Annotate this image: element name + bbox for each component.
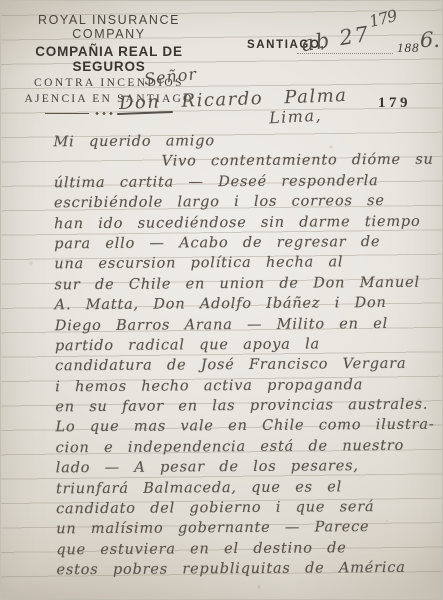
handwritten-line: lado — A pesar de los pesares, <box>56 456 429 479</box>
handwritten-line: triunfará Balmaceda, que es el <box>56 476 429 499</box>
handwritten-line: para ello — Acabo de regresar de <box>54 232 427 255</box>
handwritten-line: Vivo contentamiento dióme su <box>54 150 427 173</box>
folio-pencil-mark: 179 <box>367 6 398 31</box>
handwritten-line: sur de Chile en union de Don Manuel <box>54 272 427 295</box>
handwritten-line: A. Matta, Don Adolfo Ibáñez i Don <box>55 293 428 316</box>
handwritten-line: en su favor en las provincias australes. <box>55 395 428 418</box>
addressee-city: Lima, <box>269 106 323 128</box>
handwritten-line: un malísimo gobernante — Parece <box>56 517 429 540</box>
handwritten-line: Lo que mas vale en Chile como ilustra- <box>55 415 428 438</box>
dateline: SANTIAGO, ab 27 188 6. <box>247 37 439 63</box>
dateline-year-handwritten: 6. <box>420 28 440 52</box>
handwritten-line: han ido sucediéndose sin darme tiempo <box>54 211 427 234</box>
letter-body: Mi querido amigoVivo contentamiento dióm… <box>53 130 429 581</box>
handwritten-line: última cartita — Deseé responderla <box>54 170 427 193</box>
handwritten-line: candidatura de José Francisco Vergara <box>55 354 428 377</box>
handwritten-line: partido radical que apoya la <box>55 334 428 357</box>
handwritten-line: estos pobres republiquitas de América <box>56 558 429 581</box>
dateline-handwritten-date: ab 27 <box>300 22 372 57</box>
flourish-dots <box>95 112 113 115</box>
flourish-left-rule <box>45 113 89 114</box>
dateline-year-printed: 188 <box>397 40 420 56</box>
folio-number-stamp: 179 <box>378 95 411 112</box>
handwritten-line: una escursion política hecha al <box>54 252 427 275</box>
handwritten-line: Diego Barros Arana — Milito en el <box>55 313 428 336</box>
scanned-letter-page: ROYAL INSURANCE COMPANY COMPAÑIA REAL DE… <box>0 0 443 600</box>
handwritten-line: escribiéndole largo i los correos se <box>54 191 427 214</box>
handwritten-line: i hemos hecho activa propaganda <box>55 374 428 397</box>
handwritten-line: candidato del gobierno i que será <box>56 497 429 520</box>
handwritten-line: Mi querido amigo <box>53 130 426 153</box>
letterhead-company-english: ROYAL INSURANCE COMPANY <box>11 13 207 41</box>
handwritten-line: que estuviera en el destino de <box>56 538 429 561</box>
handwritten-line: cion e independencia está de nuestro <box>56 436 429 459</box>
